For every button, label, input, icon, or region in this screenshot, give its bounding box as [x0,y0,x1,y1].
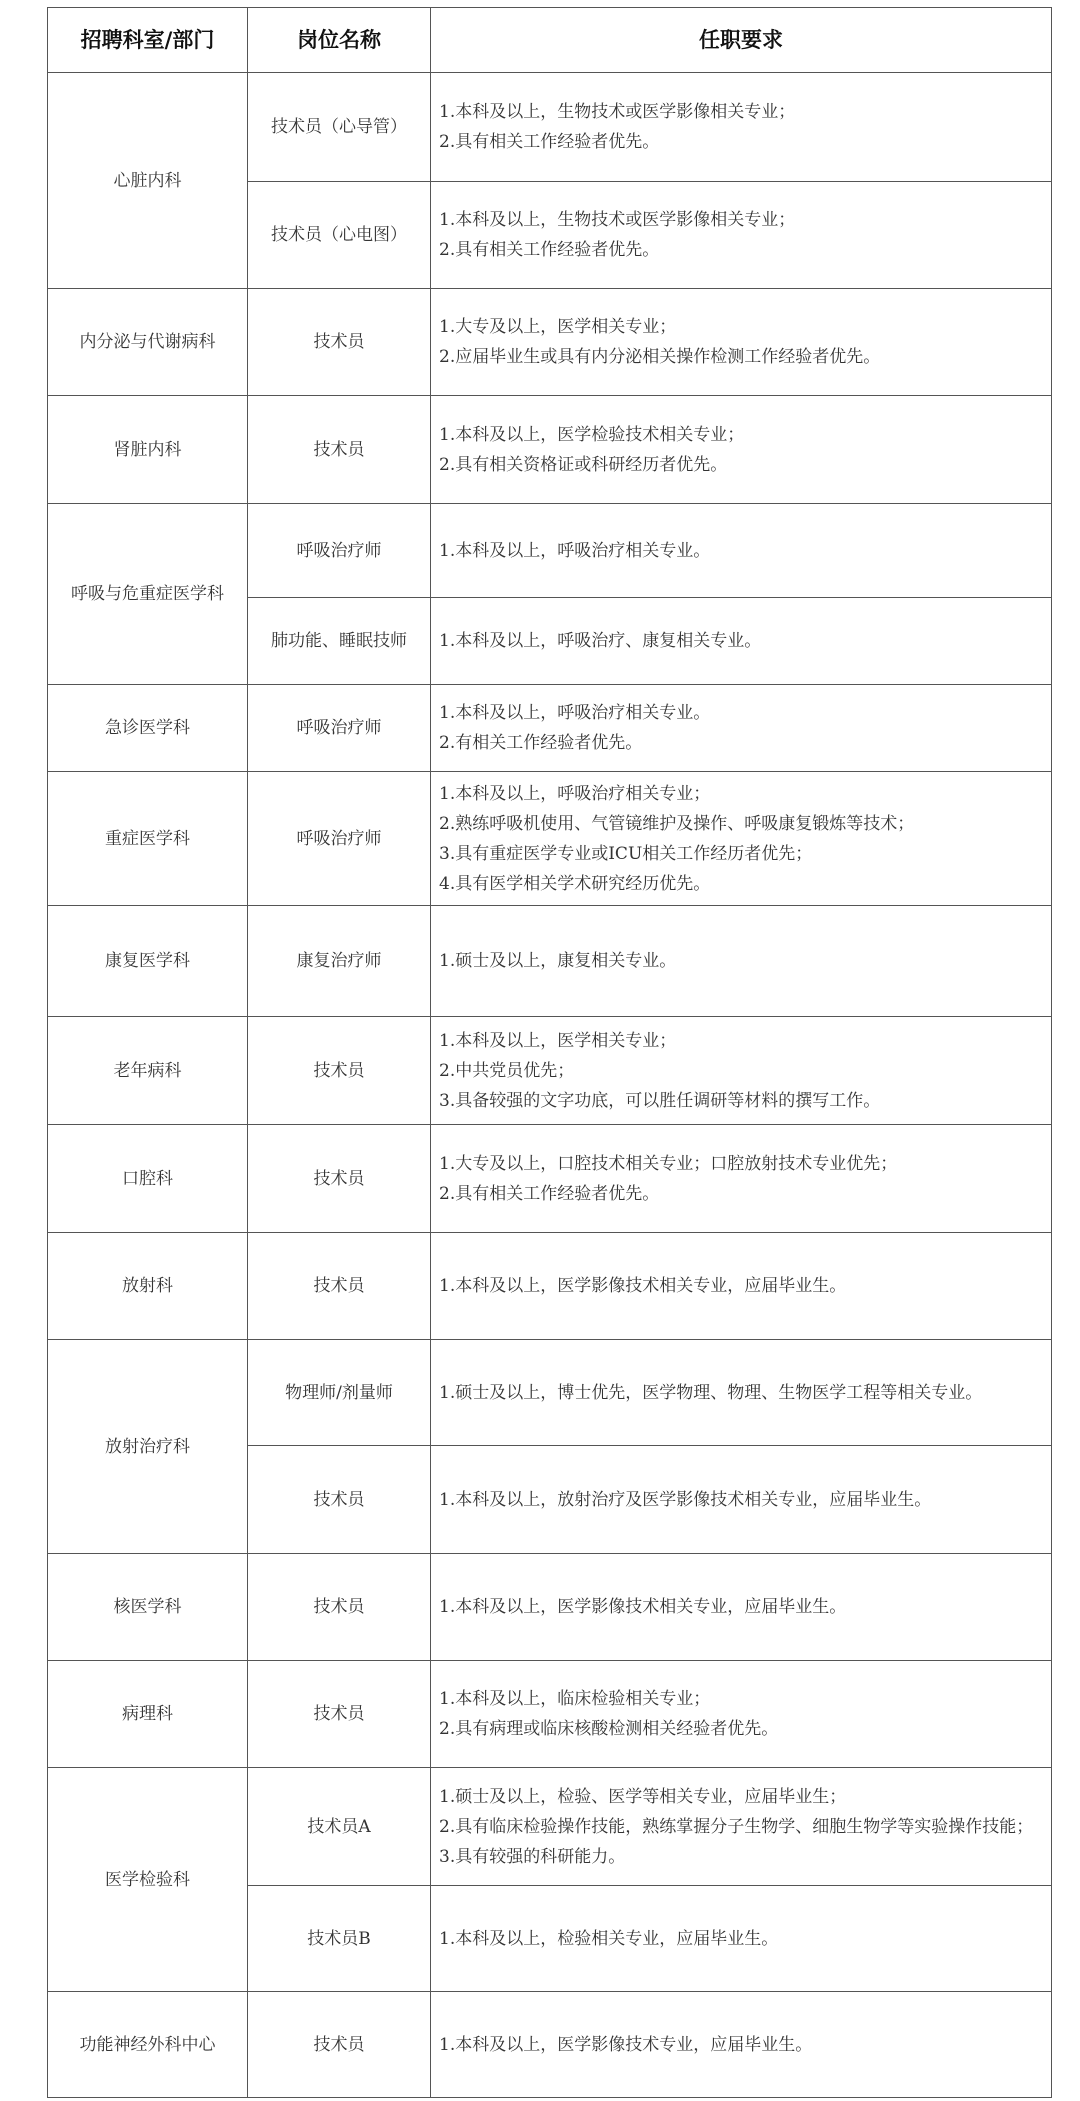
requirements-cell: 1.大专及以上，口腔技术相关专业；口腔放射技术专业优先； 2.具有相关工作经验者… [431,1125,1052,1233]
table-row: 放射科 技术员 1.本科及以上，医学影像技术相关专业，应届毕业生。 [48,1233,1052,1340]
requirements-cell: 1.本科及以上，呼吸治疗相关专业。 [431,504,1052,598]
requirement-line: 2.应届毕业生或具有内分泌相关操作检测工作经验者优先。 [439,342,1045,372]
table-row: 肾脏内科 技术员 1.本科及以上，医学检验技术相关专业； 2.具有相关资格证或科… [48,396,1052,504]
position-cell: 技术员 [248,1554,431,1661]
department-cell: 急诊医学科 [48,685,248,772]
table-header-row: 招聘科室/部门 岗位名称 任职要求 [48,8,1052,73]
requirements-cell: 1.本科及以上，生物技术或医学影像相关专业； 2.具有相关工作经验者优先。 [431,182,1052,289]
table-row: 放射治疗科 物理师/剂量师 1.硕士及以上，博士优先，医学物理、物理、生物医学工… [48,1340,1052,1446]
table-row: 病理科 技术员 1.本科及以上，临床检验相关专业； 2.具有病理或临床核酸检测相… [48,1661,1052,1768]
header-position: 岗位名称 [248,8,431,73]
position-cell: 康复治疗师 [248,906,431,1017]
requirement-line: 2.具有相关资格证或科研经历者优先。 [439,450,1045,480]
requirement-line: 1.本科及以上，检验相关专业，应届毕业生。 [439,1924,1045,1954]
requirement-line: 2.具有相关工作经验者优先。 [439,127,1045,157]
position-cell: 技术员（心电图） [248,182,431,289]
table-row: 重症医学科 呼吸治疗师 1.本科及以上，呼吸治疗相关专业； 2.熟练呼吸机使用、… [48,772,1052,906]
requirement-line: 1.本科及以上，呼吸治疗、康复相关专业。 [439,626,1045,656]
requirements-cell: 1.本科及以上，临床检验相关专业； 2.具有病理或临床核酸检测相关经验者优先。 [431,1661,1052,1768]
header-department: 招聘科室/部门 [48,8,248,73]
table-row: 呼吸与危重症医学科 呼吸治疗师 1.本科及以上，呼吸治疗相关专业。 [48,504,1052,598]
position-cell: 物理师/剂量师 [248,1340,431,1446]
requirements-cell: 1.本科及以上，检验相关专业，应届毕业生。 [431,1886,1052,1992]
requirement-line: 2.具有病理或临床核酸检测相关经验者优先。 [439,1714,1045,1744]
requirement-line: 1.本科及以上，生物技术或医学影像相关专业； [439,205,1045,235]
requirement-line: 2.具有相关工作经验者优先。 [439,235,1045,265]
department-cell: 心脏内科 [48,73,248,289]
requirement-line: 4.具有医学相关学术研究经历优先。 [439,869,1045,899]
table-row: 老年病科 技术员 1.本科及以上，医学相关专业； 2.中共党员优先； 3.具备较… [48,1017,1052,1125]
requirement-line: 3.具有较强的科研能力。 [439,1842,1045,1872]
position-cell: 技术员 [248,1446,431,1554]
department-cell: 老年病科 [48,1017,248,1125]
requirement-line: 1.本科及以上，医学相关专业； [439,1026,1045,1056]
department-cell: 医学检验科 [48,1768,248,1992]
requirement-line: 1.本科及以上，呼吸治疗相关专业； [439,779,1045,809]
requirements-cell: 1.本科及以上，生物技术或医学影像相关专业； 2.具有相关工作经验者优先。 [431,73,1052,182]
department-cell: 肾脏内科 [48,396,248,504]
table-row: 核医学科 技术员 1.本科及以上，医学影像技术相关专业，应届毕业生。 [48,1554,1052,1661]
requirement-line: 2.熟练呼吸机使用、气管镜维护及操作、呼吸康复锻炼等技术； [439,809,1045,839]
requirement-line: 1.本科及以上，呼吸治疗相关专业。 [439,536,1045,566]
requirement-line: 1.本科及以上，医学影像技术相关专业，应届毕业生。 [439,1592,1045,1622]
requirement-line: 1.本科及以上，临床检验相关专业； [439,1684,1045,1714]
requirements-cell: 1.本科及以上，医学影像技术相关专业，应届毕业生。 [431,1554,1052,1661]
table-row: 急诊医学科 呼吸治疗师 1.本科及以上，呼吸治疗相关专业。 2.有相关工作经验者… [48,685,1052,772]
table-row: 内分泌与代谢病科 技术员 1.大专及以上，医学相关专业； 2.应届毕业生或具有内… [48,289,1052,396]
requirement-line: 1.本科及以上，呼吸治疗相关专业。 [439,698,1045,728]
table-row: 心脏内科 技术员（心导管） 1.本科及以上，生物技术或医学影像相关专业； 2.具… [48,73,1052,182]
department-cell: 核医学科 [48,1554,248,1661]
requirements-cell: 1.硕士及以上，博士优先，医学物理、物理、生物医学工程等相关专业。 [431,1340,1052,1446]
requirement-line: 1.本科及以上，放射治疗及医学影像技术相关专业，应届毕业生。 [439,1485,1045,1515]
department-cell: 康复医学科 [48,906,248,1017]
position-cell: 肺功能、睡眠技师 [248,598,431,685]
requirement-line: 3.具有重症医学专业或ICU相关工作经历者优先； [439,839,1045,869]
position-cell: 技术员 [248,1233,431,1340]
requirement-line: 2.中共党员优先； [439,1056,1045,1086]
department-cell: 呼吸与危重症医学科 [48,504,248,685]
position-cell: 技术员 [248,289,431,396]
department-cell: 重症医学科 [48,772,248,906]
requirement-line: 1.大专及以上，医学相关专业； [439,312,1045,342]
department-cell: 口腔科 [48,1125,248,1233]
header-requirements: 任职要求 [431,8,1052,73]
department-cell: 功能神经外科中心 [48,1992,248,2098]
position-cell: 技术员B [248,1886,431,1992]
position-cell: 技术员（心导管） [248,73,431,182]
requirement-line: 1.硕士及以上，检验、医学等相关专业，应届毕业生； [439,1782,1045,1812]
position-cell: 呼吸治疗师 [248,504,431,598]
requirements-cell: 1.本科及以上，医学检验技术相关专业； 2.具有相关资格证或科研经历者优先。 [431,396,1052,504]
requirement-line: 2.具有临床检验操作技能，熟练掌握分子生物学、细胞生物学等实验操作技能； [439,1812,1045,1842]
position-cell: 呼吸治疗师 [248,772,431,906]
requirement-line: 2.有相关工作经验者优先。 [439,728,1045,758]
requirement-line: 3.具备较强的文字功底，可以胜任调研等材料的撰写工作。 [439,1086,1045,1116]
requirement-line: 1.本科及以上，医学影像技术相关专业，应届毕业生。 [439,1271,1045,1301]
position-cell: 技术员 [248,1661,431,1768]
requirement-line: 2.具有相关工作经验者优先。 [439,1179,1045,1209]
position-cell: 技术员A [248,1768,431,1886]
requirements-cell: 1.大专及以上，医学相关专业； 2.应届毕业生或具有内分泌相关操作检测工作经验者… [431,289,1052,396]
requirements-cell: 1.本科及以上，呼吸治疗相关专业。 2.有相关工作经验者优先。 [431,685,1052,772]
requirements-cell: 1.本科及以上，医学相关专业； 2.中共党员优先； 3.具备较强的文字功底，可以… [431,1017,1052,1125]
table-row: 医学检验科 技术员A 1.硕士及以上，检验、医学等相关专业，应届毕业生； 2.具… [48,1768,1052,1886]
department-cell: 放射科 [48,1233,248,1340]
position-cell: 技术员 [248,1992,431,2098]
requirement-line: 1.本科及以上，生物技术或医学影像相关专业； [439,97,1045,127]
requirement-line: 1.硕士及以上，博士优先，医学物理、物理、生物医学工程等相关专业。 [439,1378,1045,1408]
requirements-cell: 1.本科及以上，呼吸治疗相关专业； 2.熟练呼吸机使用、气管镜维护及操作、呼吸康… [431,772,1052,906]
position-cell: 技术员 [248,396,431,504]
recruitment-table: 招聘科室/部门 岗位名称 任职要求 心脏内科 技术员（心导管） 1.本科及以上，… [47,7,1052,2098]
requirements-cell: 1.硕士及以上，检验、医学等相关专业，应届毕业生； 2.具有临床检验操作技能，熟… [431,1768,1052,1886]
requirements-cell: 1.本科及以上，放射治疗及医学影像技术相关专业，应届毕业生。 [431,1446,1052,1554]
position-cell: 呼吸治疗师 [248,685,431,772]
requirement-line: 1.大专及以上，口腔技术相关专业；口腔放射技术专业优先； [439,1149,1045,1179]
requirements-cell: 1.本科及以上，医学影像技术专业，应届毕业生。 [431,1992,1052,2098]
table-row: 康复医学科 康复治疗师 1.硕士及以上，康复相关专业。 [48,906,1052,1017]
requirement-line: 1.本科及以上，医学检验技术相关专业； [439,420,1045,450]
table-row: 功能神经外科中心 技术员 1.本科及以上，医学影像技术专业，应届毕业生。 [48,1992,1052,2098]
position-cell: 技术员 [248,1125,431,1233]
requirements-cell: 1.硕士及以上，康复相关专业。 [431,906,1052,1017]
requirement-line: 1.硕士及以上，康复相关专业。 [439,946,1045,976]
requirement-line: 1.本科及以上，医学影像技术专业，应届毕业生。 [439,2030,1045,2060]
requirements-cell: 1.本科及以上，呼吸治疗、康复相关专业。 [431,598,1052,685]
department-cell: 放射治疗科 [48,1340,248,1554]
department-cell: 内分泌与代谢病科 [48,289,248,396]
department-cell: 病理科 [48,1661,248,1768]
requirements-cell: 1.本科及以上，医学影像技术相关专业，应届毕业生。 [431,1233,1052,1340]
position-cell: 技术员 [248,1017,431,1125]
table-row: 口腔科 技术员 1.大专及以上，口腔技术相关专业；口腔放射技术专业优先； 2.具… [48,1125,1052,1233]
